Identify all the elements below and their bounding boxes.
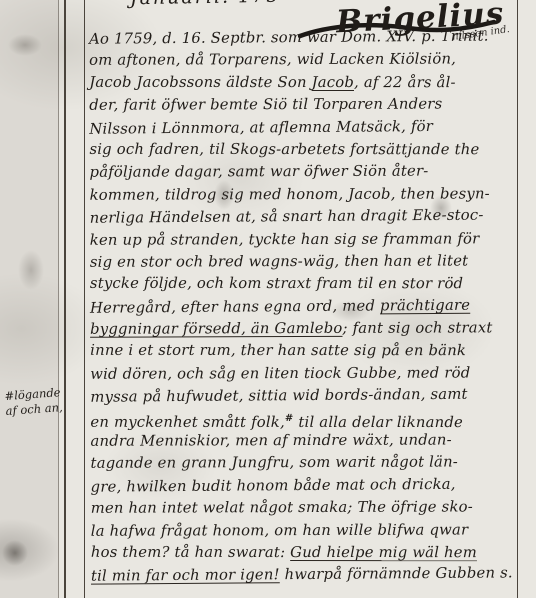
- text-segment: ; fant sig och straxt: [342, 319, 492, 337]
- manuscript-line: en myckenhet smått folk,# til alla delar…: [90, 407, 520, 430]
- margin-insertion-note: #lögande af och an,: [4, 383, 94, 419]
- text-segment: sig och fadren, til Skogs-arbetets forts…: [89, 141, 479, 158]
- ruled-line-text-left: [84, 0, 85, 598]
- underlined-phrase: Gud hielpe mig wäl hem: [290, 544, 477, 561]
- manuscript-line: Ao 1759, d. 16. Septbr. som war Dom. XIV…: [89, 25, 519, 51]
- paper-smudge: [8, 34, 42, 56]
- manuscript-line: sig en stor och bred wagns-wäg, then han…: [90, 250, 520, 274]
- text-segment: Jacob Jacobssons äldste Son: [89, 74, 311, 91]
- text-segment: Nilsson i Lönnmora, at aflemna Matsäck, …: [89, 118, 433, 138]
- manuscript-line: hos them? tå han swarat: Gud hielpe mig …: [91, 542, 521, 565]
- text-segment: påföljande dagar, samt war öfwer Siön åt…: [90, 163, 429, 181]
- manuscript-page: Januarii. 175 Brigelius nilsson ind. #lö…: [0, 0, 536, 598]
- manuscript-line: gre, hwilken budit honom både mat och dr…: [91, 473, 521, 499]
- text-segment: andra Menniskior, men af mindre wäxt, un…: [90, 432, 451, 450]
- text-segment: Herregård, efter hans egna ord, med: [90, 297, 380, 316]
- manuscript-line: der, farit öfwer bemte Siö til Torparen …: [89, 93, 519, 117]
- text-segment: myssa på hufwudet, sittia wid bords-ända…: [90, 386, 467, 406]
- text-segment: der, farit öfwer bemte Siö til Torparen …: [89, 96, 442, 114]
- text-segment: hos them? tå han swarat:: [91, 544, 290, 561]
- underlined-phrase: prächtigare: [380, 296, 470, 314]
- manuscript-line: Jacob Jacobssons äldste Son Jacob, af 22…: [89, 72, 519, 95]
- manuscript-line: byggningar försedd, än Gamlebo; fant sig…: [90, 317, 520, 341]
- text-segment: en myckenhet smått folk,: [90, 413, 285, 430]
- text-segment: gre, hwilken budit honom både mat och dr…: [91, 476, 456, 496]
- manuscript-line: Herregård, efter hans egna ord, med präc…: [90, 294, 520, 320]
- insertion-mark: #: [285, 413, 294, 424]
- manuscript-line: andra Menniskior, men af mindre wäxt, un…: [90, 429, 520, 453]
- manuscript-line: ken up på stranden, tyckte han sig se fr…: [90, 228, 520, 252]
- manuscript-line: til min far och mor igen! hwarpå förnämn…: [91, 563, 521, 589]
- previous-entry-fragment: Januarii. 175: [130, 0, 281, 9]
- text-segment: stycke följde, och kom straxt fram til e…: [90, 275, 463, 292]
- manuscript-line: Nilsson i Lönnmora, at aflemna Matsäck, …: [89, 115, 519, 141]
- underlined-phrase: til min far och mor igen!: [91, 567, 280, 585]
- text-segment: Ao 1759, d. 16. Septbr. som war Dom. XIV…: [89, 28, 489, 48]
- paper-smudge: [2, 540, 28, 566]
- manuscript-line: stycke följde, och kom straxt fram til e…: [90, 273, 520, 296]
- text-segment: om aftonen, då Torparens, wid Lacken Kiö…: [89, 51, 456, 69]
- text-segment: tagande en grann Jungfru, som warit någo…: [91, 454, 459, 472]
- manuscript-line: myssa på hufwudet, sittia wid bords-ända…: [90, 384, 520, 410]
- text-segment: nerliga Händelsen at, så snart han dragi…: [90, 207, 484, 227]
- manuscript-line: inne i et stort rum, ther han satte sig …: [90, 340, 520, 363]
- manuscript-line: wid dören, och såg en liten tiock Gubbe,…: [90, 362, 520, 386]
- paper-smudge: [18, 250, 44, 290]
- manuscript-text-body: Ao 1759, d. 16. Septbr. som war Dom. XIV…: [89, 26, 521, 587]
- text-segment: inne i et stort rum, ther han satte sig …: [90, 342, 466, 359]
- text-segment: wid dören, och såg en liten tiock Gubbe,…: [90, 364, 470, 382]
- manuscript-line: nerliga Händelsen at, så snart han dragi…: [90, 204, 520, 230]
- ruled-line-double-outer: [58, 0, 59, 598]
- text-segment: ken up på stranden, tyckte han sig se fr…: [90, 230, 480, 248]
- text-segment: sig en stor och bred wagns-wäg, then han…: [90, 252, 469, 270]
- margin-note-line2: af och an,: [5, 400, 63, 418]
- manuscript-line: påföljande dagar, samt war öfwer Siön åt…: [89, 161, 519, 185]
- underlined-phrase: Jacob: [312, 74, 354, 91]
- manuscript-line: om aftonen, då Torparens, wid Lacken Kiö…: [89, 49, 519, 73]
- ruled-line-double-inner: [64, 0, 66, 598]
- manuscript-line: tagande en grann Jungfru, som warit någo…: [91, 452, 521, 476]
- text-segment: til alla delar liknande: [293, 414, 463, 431]
- text-segment: , af 22 års ål-: [354, 74, 456, 91]
- text-segment: kommen, tildrog sig med honom, Jacob, th…: [90, 185, 490, 203]
- manuscript-line: kommen, tildrog sig med honom, Jacob, th…: [90, 183, 520, 207]
- manuscript-line: la hafwa frågat honom, om han wille blif…: [91, 519, 521, 543]
- underlined-phrase: byggningar försedd, än Gamlebo: [90, 320, 342, 338]
- text-segment: hwarpå förnämnde Gubben s.: [280, 565, 513, 584]
- text-segment: la hafwa frågat honom, om han wille blif…: [91, 521, 469, 539]
- text-segment: men han intet welat något smaka; The öfr…: [91, 499, 473, 517]
- manuscript-line: men han intet welat något smaka; The öfr…: [91, 496, 521, 520]
- manuscript-line: sig och fadren, til Skogs-arbetets forts…: [89, 139, 519, 162]
